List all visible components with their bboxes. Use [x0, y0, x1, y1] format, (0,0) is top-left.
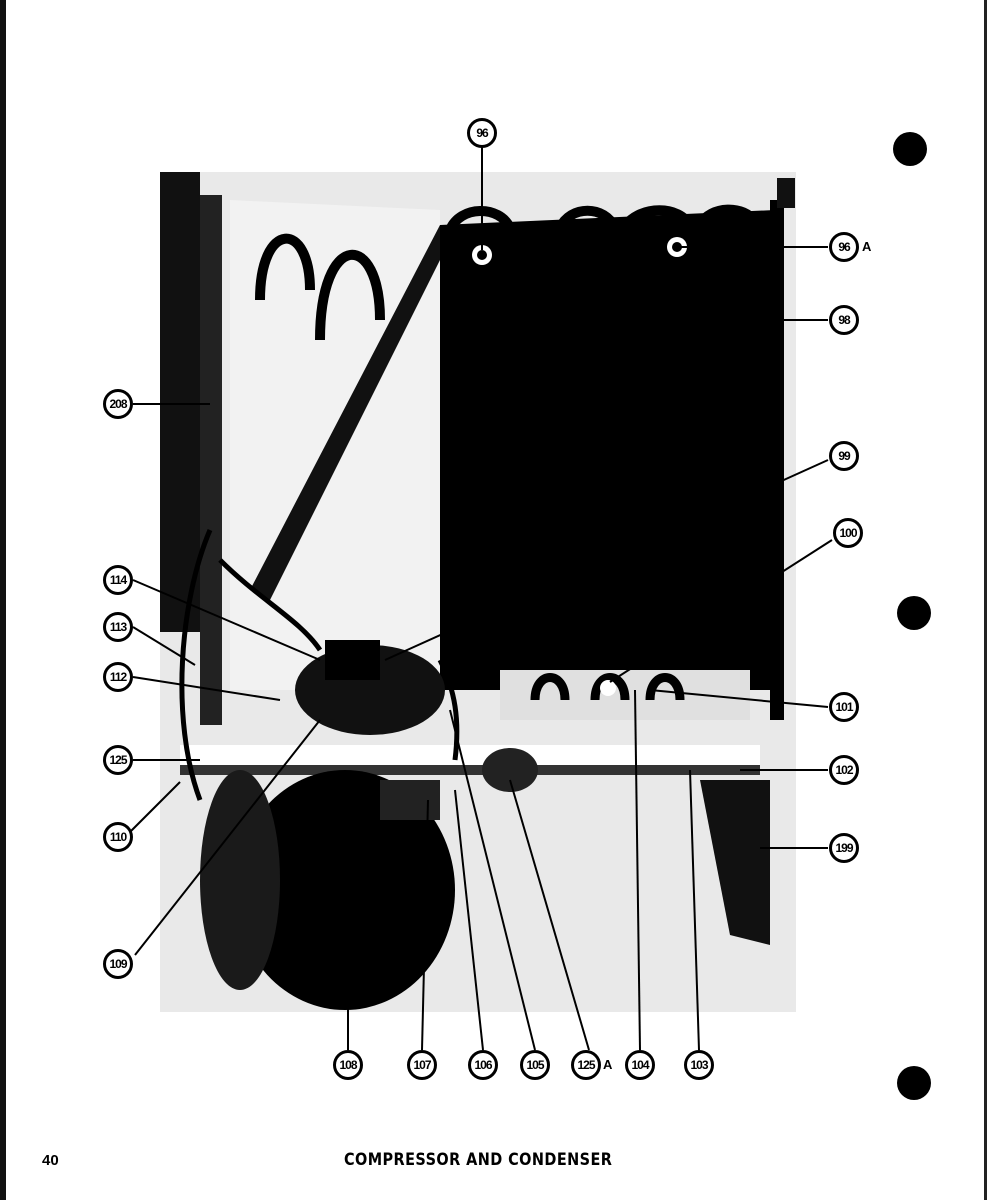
callout-96a: 96 [829, 232, 859, 262]
callout-104: 104 [625, 1050, 655, 1080]
callout-106: 106 [468, 1050, 498, 1080]
callout-102: 102 [829, 755, 859, 785]
compressor-condenser-photo [0, 0, 987, 1200]
callout-101: 101 [829, 692, 859, 722]
callout-98: 98 [829, 305, 859, 335]
callout-110: 110 [103, 822, 133, 852]
callout-96a-suffix: A [862, 239, 871, 254]
callout-125a: 125 [571, 1050, 601, 1080]
callout-100: 100 [833, 518, 863, 548]
page-title: COMPRESSOR AND CONDENSER [344, 1150, 612, 1170]
callout-108: 108 [333, 1050, 363, 1080]
callout-105: 105 [520, 1050, 550, 1080]
callout-113: 113 [103, 612, 133, 642]
catalog-page: 96 96 A 98 99 100 101 102 199 208 114 11… [0, 0, 987, 1200]
callout-109: 109 [103, 949, 133, 979]
callout-199: 199 [829, 833, 859, 863]
callout-114: 114 [103, 565, 133, 595]
callout-103: 103 [684, 1050, 714, 1080]
callout-112: 112 [103, 662, 133, 692]
callout-96: 96 [467, 118, 497, 148]
callout-125: 125 [103, 745, 133, 775]
page-number: 40 [42, 1152, 59, 1169]
callout-125a-suffix: A [603, 1057, 612, 1072]
callout-107: 107 [407, 1050, 437, 1080]
callout-99: 99 [829, 441, 859, 471]
callout-208: 208 [103, 389, 133, 419]
